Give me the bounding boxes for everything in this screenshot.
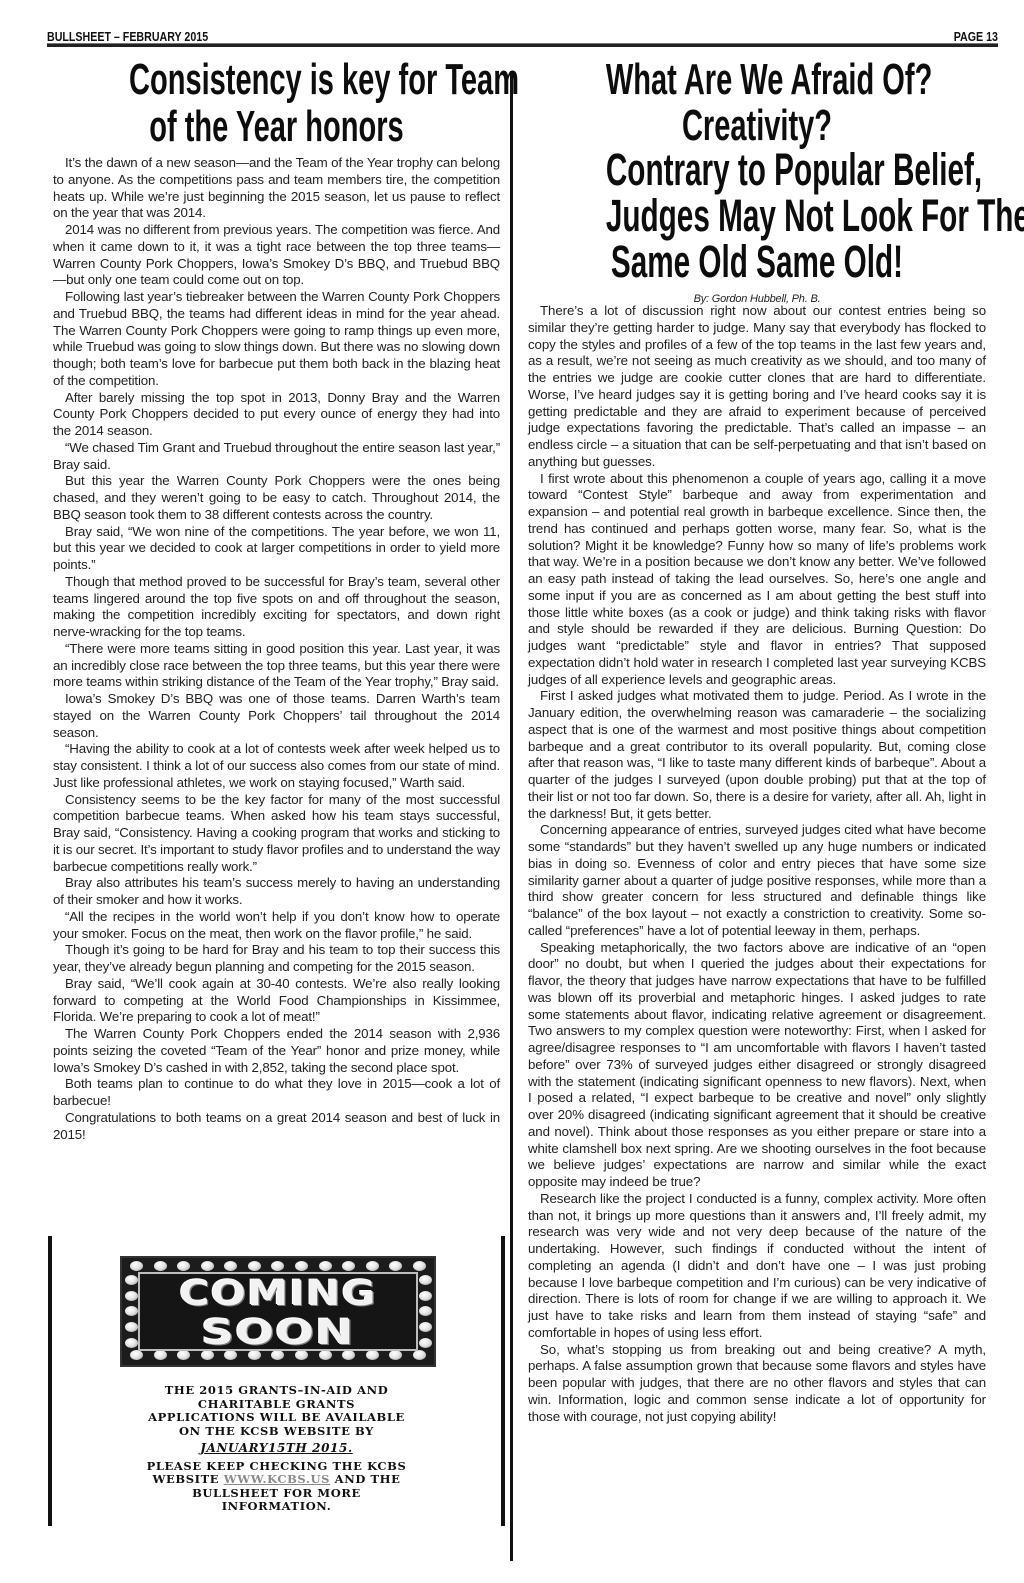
paragraph: Bray said, “We’ll cook again at 30-40 co… (53, 976, 500, 1026)
paragraph: Consistency seems to be the key factor f… (53, 792, 500, 876)
kcbs-website-link[interactable]: WWW.KCBS.US (224, 1472, 330, 1486)
column-divider (510, 71, 513, 1561)
paragraph: Iowa’s Smokey D’s BBQ was one of those t… (53, 691, 500, 741)
marquee-text-soon: SOON (75, 1313, 481, 1353)
headline-line: Judges May Not Look For The (606, 193, 908, 239)
paragraph: Though that method proved to be successf… (53, 574, 500, 641)
notice-line: WEBSITE WWW.KCBS.US AND THE (68, 1473, 485, 1487)
paragraph: Congratulations to both teams on a great… (53, 1110, 500, 1144)
paragraph: “There were more teams sitting in good p… (53, 641, 500, 691)
left-article-body: It’s the dawn of a new season—and the Te… (53, 155, 500, 1143)
paragraph: After barely missing the top spot in 201… (53, 390, 500, 440)
paragraph: Both teams plan to continue to do what t… (53, 1076, 500, 1110)
date-text: JANUARY15TH 2015 (200, 1441, 348, 1455)
page-number: PAGE 13 (954, 29, 998, 44)
headline-line: of the Year honors (129, 105, 424, 152)
box-border-left (48, 1236, 52, 1526)
headline-line: Consistency is key for Team (129, 58, 424, 105)
paragraph: Research like the project I conducted is… (528, 1191, 986, 1342)
left-article-header: Consistency is key for Team of the Year … (53, 58, 500, 150)
coming-soon-announcement: COMING SOON THE 2015 GRANTS–IN-AID AND C… (48, 1236, 505, 1526)
notice-line: APPLICATIONS WILL BE AVAILABLE (68, 1411, 485, 1425)
paragraph: 2014 was no different from previous year… (53, 222, 500, 289)
paragraph: It’s the dawn of a new season—and the Te… (53, 155, 500, 222)
paragraph: So, what’s stopping us from breaking out… (528, 1342, 986, 1426)
paragraph: I first wrote about this phenomenon a co… (528, 471, 986, 689)
website-prefix: WEBSITE (153, 1472, 224, 1486)
paragraph: Following last year’s tiebreaker between… (53, 289, 500, 390)
notice-line: BULLSHEET FOR MORE (68, 1487, 485, 1501)
paragraph: Bray said, “We won nine of the competiti… (53, 524, 500, 574)
notice-line: THE 2015 GRANTS–IN-AID AND (68, 1384, 485, 1398)
paragraph: Though it’s going to be hard for Bray an… (53, 942, 500, 976)
paragraph: But this year the Warren County Pork Cho… (53, 473, 500, 523)
coming-soon-marquee-graphic: COMING SOON (120, 1256, 436, 1367)
right-article-body: There’s a lot of discussion right now ab… (528, 303, 986, 1425)
box-border-right (501, 1236, 505, 1526)
publication-issue: BULLSHEET – FEBRUARY 2015 (47, 29, 208, 44)
header-rule (47, 44, 998, 47)
availability-date: JANUARY15TH 2015. (68, 1442, 485, 1456)
paragraph: The Warren County Pork Choppers ended th… (53, 1026, 500, 1076)
right-article-header: What Are We Afraid Of? Creativity? Contr… (528, 58, 986, 305)
paragraph: Speaking metaphorically, the two factors… (528, 940, 986, 1191)
marquee-text-coming: COMING (94, 1274, 462, 1314)
paragraph: Bray also attributes his team’s success … (53, 875, 500, 909)
paragraph: There’s a lot of discussion right now ab… (528, 303, 986, 471)
paragraph: First I asked judges what motivated them… (528, 688, 986, 822)
website-suffix: AND THE (330, 1472, 400, 1486)
notice-line: INFORMATION. (68, 1500, 485, 1514)
left-article-headline: Consistency is key for Team of the Year … (53, 58, 500, 150)
grant-applications-notice: THE 2015 GRANTS–IN-AID AND CHARITABLE GR… (68, 1384, 485, 1514)
paragraph: “All the recipes in the world won’t help… (53, 909, 500, 943)
headline-line: Contrary to Popular Belief, (606, 147, 908, 193)
headline-line: Creativity? (606, 104, 908, 147)
paragraph: “Having the ability to cook at a lot of … (53, 741, 500, 791)
paragraph: “We chased Tim Grant and Truebud through… (53, 440, 500, 474)
paragraph: Concerning appearance of entries, survey… (528, 822, 986, 939)
date-period: . (348, 1441, 353, 1455)
right-article-headline: What Are We Afraid Of? Creativity? Contr… (528, 58, 986, 285)
notice-line: PLEASE KEEP CHECKING THE KCBS (68, 1460, 485, 1474)
headline-line: What Are We Afraid Of? (606, 58, 908, 104)
notice-line: ON THE KCSB WEBSITE BY (68, 1425, 485, 1439)
headline-line: Same Old Same Old! (606, 239, 908, 285)
notice-line: CHARITABLE GRANTS (68, 1398, 485, 1412)
